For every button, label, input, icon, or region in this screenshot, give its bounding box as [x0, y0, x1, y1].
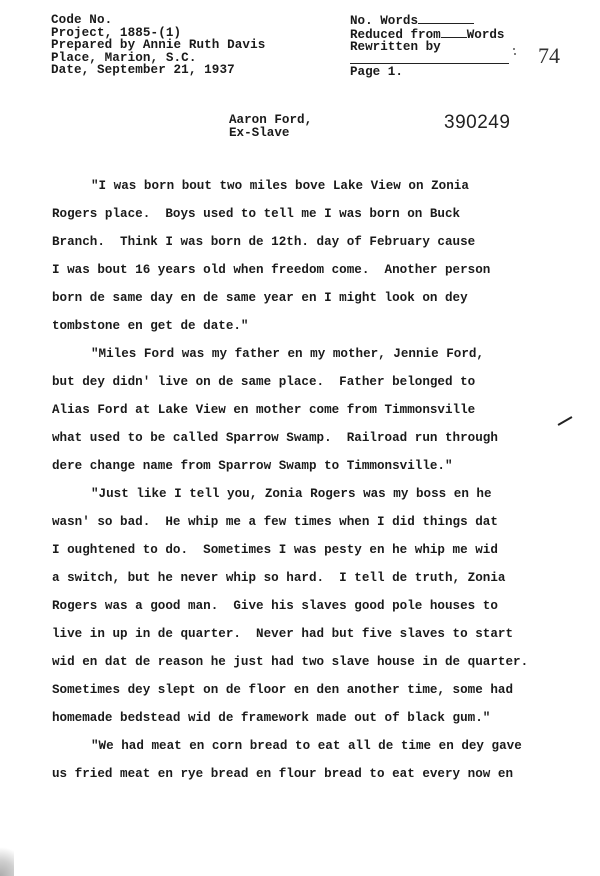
text-line: Rogers place. Boys used to tell me I was… — [52, 200, 592, 228]
archive-stamp-number: 390249 — [444, 112, 510, 134]
text-line: what used to be called Sparrow Swamp. Ra… — [52, 424, 592, 452]
text-line: us fried meat en rye bread en flour brea… — [52, 760, 592, 788]
paragraph: "Miles Ford was my father en my mother, … — [52, 340, 592, 480]
header-right-block: No. Words Reduced fromWords Rewritten by — [350, 14, 505, 54]
rewritten-by-label: Rewritten by — [350, 40, 441, 54]
text-line: but dey didn' live on de same place. Fat… — [52, 368, 592, 396]
reduced-from-blank — [441, 28, 467, 38]
text-line: Rogers was a good man. Give his slaves g… — [52, 592, 592, 620]
no-words-blank — [418, 14, 474, 24]
scan-noise — [0, 840, 14, 876]
text-line: homemade bedstead wid de framework made … — [52, 704, 592, 732]
paragraph: "I was born bout two miles bove Lake Vie… — [52, 172, 592, 340]
interview-subject: Aaron Ford, Ex-Slave — [229, 114, 312, 140]
text-line: "Just like I tell you, Zonia Rogers was … — [52, 480, 592, 508]
handwritten-page-number: 74 — [538, 43, 560, 69]
code-number-label: Code No. — [51, 14, 265, 27]
no-words-line: No. Words — [350, 14, 505, 28]
ink-speck — [513, 48, 515, 50]
text-line: wasn' so bad. He whip me a few times whe… — [52, 508, 592, 536]
reduced-words-label: Words — [467, 28, 505, 42]
text-line: Branch. Think I was born de 12th. day of… — [52, 228, 592, 256]
paragraph: "Just like I tell you, Zonia Rogers was … — [52, 480, 592, 732]
text-line: live in up in de quarter. Never had but … — [52, 620, 592, 648]
text-line: born de same day en de same year en I mi… — [52, 284, 592, 312]
rewritten-by-line: Rewritten by — [350, 41, 505, 54]
page-label: Page 1. — [350, 66, 403, 79]
text-line: "Miles Ford was my father en my mother, … — [52, 340, 592, 368]
text-line: I was bout 16 years old when freedom com… — [52, 256, 592, 284]
reduced-from-line: Reduced fromWords — [350, 28, 505, 42]
text-line: I oughtened to do. Sometimes I was pesty… — [52, 536, 592, 564]
subject-status: Ex-Slave — [229, 127, 312, 140]
signature-rule — [350, 63, 509, 64]
text-line: Sometimes dey slept on de floor en den a… — [52, 676, 592, 704]
paragraph: "We had meat en corn bread to eat all de… — [52, 732, 592, 788]
date-line: Date, September 21, 1937 — [51, 64, 265, 77]
interview-transcript: "I was born bout two miles bove Lake Vie… — [52, 172, 592, 788]
header-left-block: Code No. Project, 1885-(1) Prepared by A… — [51, 14, 265, 77]
text-line: "We had meat en corn bread to eat all de… — [52, 732, 592, 760]
no-words-label: No. Words — [350, 14, 418, 28]
ink-speck — [514, 53, 516, 55]
text-line: dere change name from Sparrow Swamp to T… — [52, 452, 592, 480]
text-line: a switch, but he never whip so hard. I t… — [52, 564, 592, 592]
text-line: "I was born bout two miles bove Lake Vie… — [52, 172, 592, 200]
prepared-by-line: Prepared by Annie Ruth Davis — [51, 39, 265, 52]
text-line: tombstone en get de date." — [52, 312, 592, 340]
text-line: wid en dat de reason he just had two sla… — [52, 648, 592, 676]
text-line: Alias Ford at Lake View en mother come f… — [52, 396, 592, 424]
